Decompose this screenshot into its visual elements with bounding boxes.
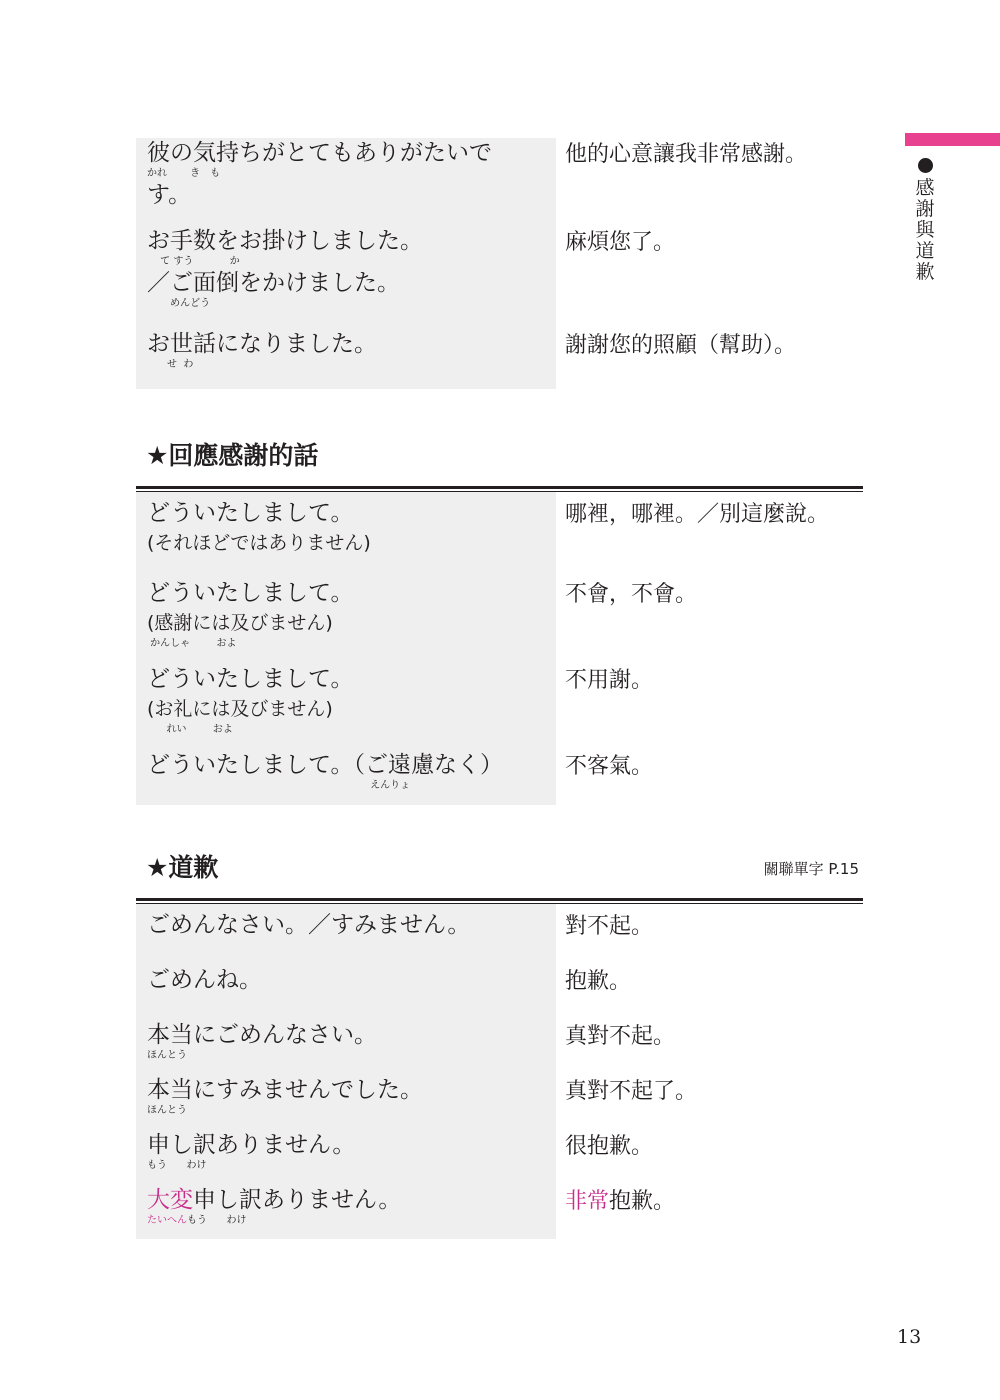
- highlight-text: 大変: [147, 1187, 193, 1213]
- furigana: かれ き も: [147, 168, 556, 180]
- japanese-text: す。: [147, 180, 556, 210]
- chinese-translation: 真對不起。: [556, 1014, 863, 1069]
- section-apology: ★道歉 關聯單字 P.15 ごめんなさい。／すみません。 對不起。 ごめんね。 …: [136, 848, 863, 1239]
- furigana: もう わけ: [147, 1160, 556, 1172]
- furigana: て すう か: [147, 256, 556, 268]
- phrase-row: お世話になりました。 せ わ 謝謝您的照顧（幫助）。: [136, 329, 863, 389]
- japanese-cell: 本当にごめんなさい。 ほんとう: [136, 1014, 556, 1069]
- japanese-cell: 本当にすみませんでした。 ほんとう: [136, 1069, 556, 1124]
- japanese-cell: どういたしまして。 (感謝には及びません) かんしゃ およ: [136, 578, 556, 664]
- chinese-translation: 真對不起了。: [556, 1069, 863, 1124]
- phrase-row: 申し訳ありません。 もう わけ 很抱歉。: [136, 1124, 863, 1179]
- furigana: ほんとう: [147, 1050, 556, 1062]
- japanese-cell: どういたしまして。 (それほどではありません): [136, 492, 556, 578]
- phrase-row: どういたしまして。 (感謝には及びません) かんしゃ およ 不會，不會。: [136, 578, 863, 664]
- japanese-text: お手数をお掛けしました。: [147, 226, 556, 256]
- japanese-text: 本当にすみませんでした。: [147, 1075, 556, 1105]
- section-thanks-continued: 彼の気持ちがとてもありがたいで かれ き も す。 他的心意讓我非常感謝。 お手…: [136, 138, 863, 389]
- furigana: めんどう: [147, 298, 556, 310]
- section-reply-to-thanks: ★回應感謝的話 どういたしまして。 (それほどではありません) 哪裡，哪裡。／別…: [136, 436, 863, 805]
- japanese-text: (それほどではありません): [147, 528, 556, 558]
- chapter-label: 感謝與道歉: [914, 178, 936, 283]
- japanese-text: お世話になりました。: [147, 329, 556, 359]
- section-title: ★道歉: [146, 848, 218, 884]
- japanese-cell: お世話になりました。 せ わ: [136, 329, 556, 389]
- japanese-cell: どういたしまして。 (お礼には及びません) れい およ: [136, 664, 556, 750]
- furigana: れい およ: [147, 724, 556, 736]
- japanese-text: 彼の気持ちがとてもありがたいで: [147, 138, 556, 168]
- japanese-cell: 大変申し訳ありません。 たいへんもう わけ: [136, 1179, 556, 1239]
- phrase-row: ごめんなさい。／すみません。 對不起。: [136, 904, 863, 959]
- japanese-cell: 彼の気持ちがとてもありがたいで かれ き も す。: [136, 138, 556, 226]
- japanese-cell: ごめんね。: [136, 959, 556, 1014]
- related-vocab-reference: 關聯單字 P.15: [764, 858, 859, 879]
- phrase-row: ごめんね。 抱歉。: [136, 959, 863, 1014]
- section-title: ★回應感謝的話: [146, 436, 318, 472]
- chinese-translation: 非常抱歉。: [556, 1179, 863, 1239]
- furigana: かんしゃ およ: [147, 638, 556, 650]
- japanese-text: 大変申し訳ありません。: [147, 1185, 556, 1215]
- phrase-row: どういたしまして。（ご遠慮なく） えんりょ 不客氣。: [136, 750, 863, 805]
- chinese-translation: 很抱歉。: [556, 1124, 863, 1179]
- chinese-translation: 不客氣。: [556, 750, 863, 805]
- japanese-text: 本当にごめんなさい。: [147, 1020, 556, 1050]
- chinese-translation: 不用謝。: [556, 664, 863, 750]
- japanese-cell: お手数をお掛けしました。 て すう か ／ご面倒をかけました。 めんどう: [136, 226, 556, 329]
- japanese-text: (感謝には及びません): [147, 608, 556, 638]
- highlight-furigana: たいへん: [147, 1215, 187, 1226]
- japanese-cell: 申し訳ありません。 もう わけ: [136, 1124, 556, 1179]
- japanese-text: ／ご面倒をかけました。: [147, 268, 556, 298]
- chinese-translation: 他的心意讓我非常感謝。: [556, 138, 863, 226]
- phrase-row: どういたしまして。 (お礼には及びません) れい およ 不用謝。: [136, 664, 863, 750]
- bullet-icon: [918, 158, 933, 173]
- phrase-row: どういたしまして。 (それほどではありません) 哪裡，哪裡。／別這麼說。: [136, 492, 863, 578]
- japanese-text: (お礼には及びません): [147, 694, 556, 724]
- chinese-translation: 麻煩您了。: [556, 226, 863, 329]
- japanese-text: どういたしまして。（ご遠慮なく）: [147, 750, 556, 780]
- furigana: えんりょ: [147, 780, 556, 792]
- highlight-text: 非常: [565, 1189, 609, 1214]
- phrase-row: 本当にすみませんでした。 ほんとう 真對不起了。: [136, 1069, 863, 1124]
- japanese-text: ごめんね。: [147, 965, 556, 995]
- japanese-text: どういたしまして。: [147, 664, 556, 694]
- furigana-rest: もう わけ: [187, 1215, 247, 1226]
- chinese-translation: 對不起。: [556, 904, 863, 959]
- phrase-row: 彼の気持ちがとてもありがたいで かれ き も す。 他的心意讓我非常感謝。: [136, 138, 863, 226]
- furigana: たいへんもう わけ: [147, 1215, 556, 1227]
- japanese-cell: ごめんなさい。／すみません。: [136, 904, 556, 959]
- japanese-text: 申し訳ありません。: [147, 1130, 556, 1160]
- japanese-text: どういたしまして。: [147, 498, 556, 528]
- phrase-row: 大変申し訳ありません。 たいへんもう わけ 非常抱歉。: [136, 1179, 863, 1239]
- furigana: ほんとう: [147, 1105, 556, 1117]
- section-header: ★回應感謝的話: [136, 436, 863, 486]
- japanese-text: ごめんなさい。／すみません。: [147, 910, 556, 940]
- japanese-text: どういたしまして。: [147, 578, 556, 608]
- section-header: ★道歉 關聯單字 P.15: [136, 848, 863, 898]
- chinese-text-rest: 抱歉。: [609, 1189, 675, 1214]
- chinese-translation: 謝謝您的照顧（幫助）。: [556, 329, 863, 389]
- page-number: 13: [897, 1326, 921, 1348]
- phrase-row: 本当にごめんなさい。 ほんとう 真對不起。: [136, 1014, 863, 1069]
- furigana: せ わ: [147, 359, 556, 371]
- chinese-translation: 抱歉。: [556, 959, 863, 1014]
- chinese-translation: 哪裡，哪裡。／別這麼說。: [556, 492, 863, 578]
- phrase-row: お手数をお掛けしました。 て すう か ／ご面倒をかけました。 めんどう 麻煩您…: [136, 226, 863, 329]
- chinese-translation: 不會，不會。: [556, 578, 863, 664]
- japanese-text-rest: 申し訳ありません。: [193, 1187, 401, 1213]
- chapter-tab-bar: [905, 133, 1000, 146]
- japanese-cell: どういたしまして。（ご遠慮なく） えんりょ: [136, 750, 556, 805]
